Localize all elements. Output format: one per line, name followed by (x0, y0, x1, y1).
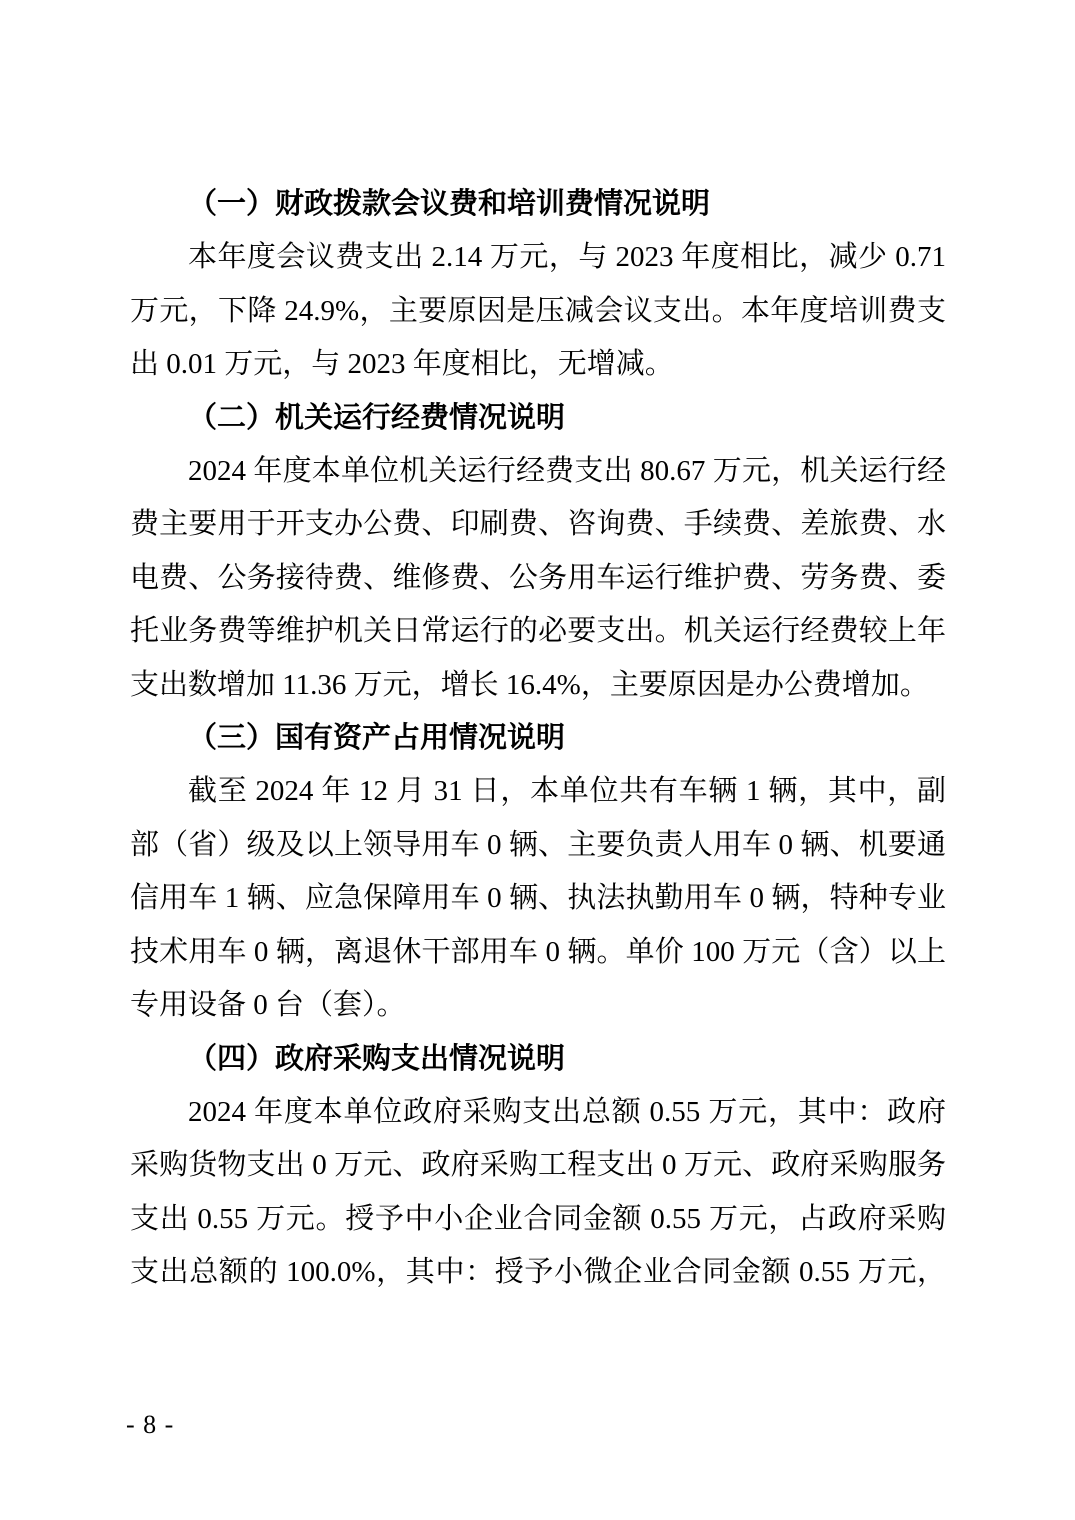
section-operating-expenses: （二）机关运行经费情况说明 2024 年度本单位机关运行经费支出 80.67 万… (130, 392, 946, 712)
text-line: 电费、公务接待费、维修费、公务用车运行维护费、劳务费、委 (130, 552, 946, 605)
text-line: 托业务费等维护机关日常运行的必要支出。机关运行经费较上年 (130, 605, 946, 658)
text-line: 费主要用于开支办公费、印刷费、咨询费、手续费、差旅费、水 (130, 498, 946, 551)
text-line: 部（省）级及以上领导用车 0 辆、主要负责人用车 0 辆、机要通 (130, 819, 946, 872)
text-line: 专用设备 0 台（套）。 (130, 979, 946, 1032)
text-line: 支出数增加 11.36 万元，增长 16.4%，主要原因是办公费增加。 (130, 659, 946, 712)
text-line: 截至 2024 年 12 月 31 日，本单位共有车辆 1 辆，其中，副 (130, 765, 946, 818)
section-3-heading: （三）国有资产占用情况说明 (130, 712, 946, 765)
text-line: 技术用车 0 辆，离退休干部用车 0 辆。单价 100 万元（含）以上 (130, 926, 946, 979)
section-government-procurement: （四）政府采购支出情况说明 2024 年度本单位政府采购支出总额 0.55 万元… (130, 1033, 946, 1300)
section-4-heading: （四）政府采购支出情况说明 (130, 1033, 946, 1086)
document-page: （一）财政拨款会议费和培训费情况说明 本年度会议费支出 2.14 万元，与 20… (0, 0, 1075, 1520)
text-line: 支出 0.55 万元。授予中小企业合同金额 0.55 万元，占政府采购 (130, 1193, 946, 1246)
text-line: 万元，下降 24.9%，主要原因是压减会议支出。本年度培训费支 (130, 285, 946, 338)
section-3-paragraph: 截至 2024 年 12 月 31 日，本单位共有车辆 1 辆，其中，副 部（省… (130, 765, 946, 1032)
section-state-owned-assets: （三）国有资产占用情况说明 截至 2024 年 12 月 31 日，本单位共有车… (130, 712, 946, 1032)
text-line: 本年度会议费支出 2.14 万元，与 2023 年度相比，减少 0.71 (130, 231, 946, 284)
text-line: 支出总额的 100.0%，其中：授予小微企业合同金额 0.55 万元， (130, 1246, 946, 1299)
section-1-paragraph: 本年度会议费支出 2.14 万元，与 2023 年度相比，减少 0.71 万元，… (130, 231, 946, 391)
section-2-paragraph: 2024 年度本单位机关运行经费支出 80.67 万元，机关运行经 费主要用于开… (130, 445, 946, 712)
section-2-heading: （二）机关运行经费情况说明 (130, 392, 946, 445)
text-line: 采购货物支出 0 万元、政府采购工程支出 0 万元、政府采购服务 (130, 1139, 946, 1192)
section-4-paragraph: 2024 年度本单位政府采购支出总额 0.55 万元，其中：政府 采购货物支出 … (130, 1086, 946, 1300)
section-meeting-and-training-fees: （一）财政拨款会议费和培训费情况说明 本年度会议费支出 2.14 万元，与 20… (130, 178, 946, 392)
report-body: （一）财政拨款会议费和培训费情况说明 本年度会议费支出 2.14 万元，与 20… (130, 178, 946, 1300)
text-line: 信用车 1 辆、应急保障用车 0 辆、执法执勤用车 0 辆，特种专业 (130, 872, 946, 925)
section-1-heading: （一）财政拨款会议费和培训费情况说明 (130, 178, 946, 231)
text-line: 出 0.01 万元，与 2023 年度相比，无增减。 (130, 338, 946, 391)
page-number: - 8 - (126, 1407, 174, 1443)
text-line: 2024 年度本单位政府采购支出总额 0.55 万元，其中：政府 (130, 1086, 946, 1139)
text-line: 2024 年度本单位机关运行经费支出 80.67 万元，机关运行经 (130, 445, 946, 498)
